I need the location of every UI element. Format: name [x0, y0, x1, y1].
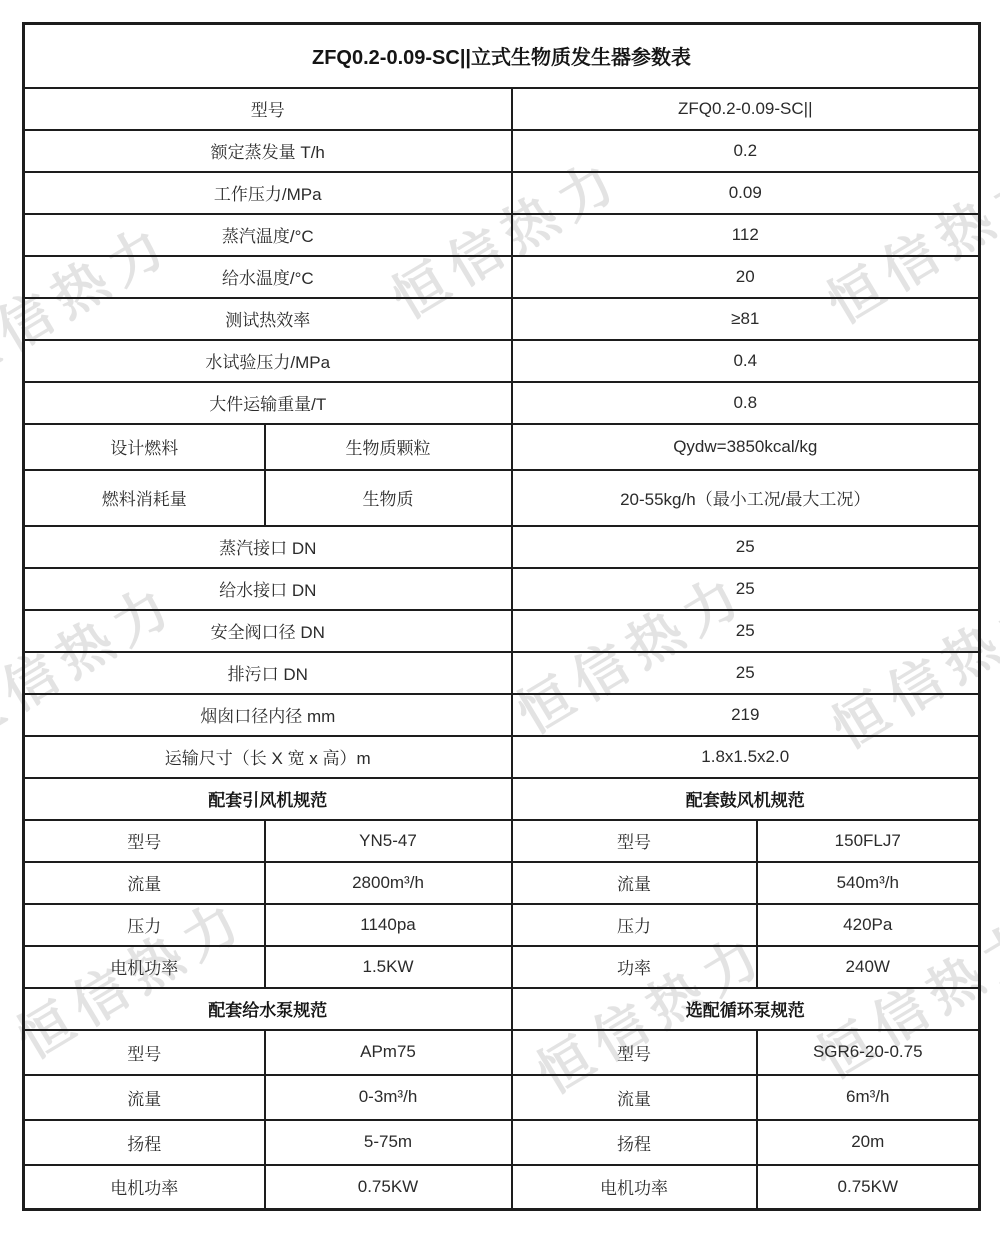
- row-value: 240W: [757, 946, 980, 988]
- row-label: 排污口 DN: [24, 652, 512, 694]
- row-value: ≥81: [512, 298, 980, 340]
- row-value: Qydw=3850kcal/kg: [512, 424, 980, 470]
- row-value: 0.2: [512, 130, 980, 172]
- row-label: 电机功率: [512, 1165, 757, 1210]
- row-value: 219: [512, 694, 980, 736]
- table-row: 烟囱口径内径 mm 219: [24, 694, 980, 736]
- table-row: 扬程 5-75m 扬程 20m: [24, 1120, 980, 1165]
- row-sublabel: 生物质颗粒: [265, 424, 512, 470]
- row-label: 给水温度/°C: [24, 256, 512, 298]
- table-row: 测试热效率 ≥81: [24, 298, 980, 340]
- spec-table: ZFQ0.2-0.09-SC||立式生物质发生器参数表 型号 ZFQ0.2-0.…: [22, 22, 981, 1211]
- row-label: 流量: [24, 862, 265, 904]
- row-sublabel: 生物质: [265, 470, 512, 526]
- row-label: 水试验压力/MPa: [24, 340, 512, 382]
- row-value: 2800m³/h: [265, 862, 512, 904]
- row-label: 安全阀口径 DN: [24, 610, 512, 652]
- table-row: 型号 YN5-47 型号 150FLJ7: [24, 820, 980, 862]
- section-header-fan-left: 配套引风机规范: [24, 778, 512, 820]
- row-value: 25: [512, 526, 980, 568]
- table-row: 压力 1140pa 压力 420Pa: [24, 904, 980, 946]
- row-value: APm75: [265, 1030, 512, 1075]
- row-label: 型号: [24, 820, 265, 862]
- row-label: 流量: [512, 1075, 757, 1120]
- row-value: 0.8: [512, 382, 980, 424]
- row-label: 大件运输重量/T: [24, 382, 512, 424]
- row-label: 扬程: [512, 1120, 757, 1165]
- row-value: 150FLJ7: [757, 820, 980, 862]
- row-label: 蒸汽温度/°C: [24, 214, 512, 256]
- row-label: 型号: [512, 820, 757, 862]
- row-label: 流量: [512, 862, 757, 904]
- row-label: 扬程: [24, 1120, 265, 1165]
- row-label: 电机功率: [24, 1165, 265, 1210]
- table-row: 运输尺寸（长 X 宽 x 高）m 1.8x1.5x2.0: [24, 736, 980, 778]
- row-value: 0.75KW: [757, 1165, 980, 1210]
- row-label: 蒸汽接口 DN: [24, 526, 512, 568]
- document-page: 恒信热力 恒信热力 恒信热力 恒信热力 恒信热力 恒信热力 恒信热力 恒信热力 …: [0, 0, 1000, 1243]
- row-label: 型号: [24, 1030, 265, 1075]
- table-row: 大件运输重量/T 0.8: [24, 382, 980, 424]
- table-row: 流量 2800m³/h 流量 540m³/h: [24, 862, 980, 904]
- row-value: 5-75m: [265, 1120, 512, 1165]
- table-row: 排污口 DN 25: [24, 652, 980, 694]
- row-label: 压力: [24, 904, 265, 946]
- row-label: 功率: [512, 946, 757, 988]
- row-value: 0.09: [512, 172, 980, 214]
- section-header-pump-left: 配套给水泵规范: [24, 988, 512, 1030]
- row-value: 0.4: [512, 340, 980, 382]
- table-row: 给水温度/°C 20: [24, 256, 980, 298]
- row-value: 112: [512, 214, 980, 256]
- row-label: 压力: [512, 904, 757, 946]
- row-label: 烟囱口径内径 mm: [24, 694, 512, 736]
- table-row: 燃料消耗量 生物质 20-55kg/h（最小工况/最大工况）: [24, 470, 980, 526]
- row-label: 型号: [512, 1030, 757, 1075]
- table-row: 额定蒸发量 T/h 0.2: [24, 130, 980, 172]
- row-label: 给水接口 DN: [24, 568, 512, 610]
- row-value: 0.75KW: [265, 1165, 512, 1210]
- table-row: 给水接口 DN 25: [24, 568, 980, 610]
- section-header-pump-right: 选配循环泵规范: [512, 988, 980, 1030]
- row-label: 工作压力/MPa: [24, 172, 512, 214]
- table-row: 流量 0-3m³/h 流量 6m³/h: [24, 1075, 980, 1120]
- row-label: 设计燃料: [24, 424, 265, 470]
- row-value: 0-3m³/h: [265, 1075, 512, 1120]
- row-value: 1140pa: [265, 904, 512, 946]
- row-value: 1.5KW: [265, 946, 512, 988]
- row-value: 25: [512, 610, 980, 652]
- section-header-fan-right: 配套鼓风机规范: [512, 778, 980, 820]
- row-label: 燃料消耗量: [24, 470, 265, 526]
- table-row: 型号 APm75 型号 SGR6-20-0.75: [24, 1030, 980, 1075]
- row-value: 20m: [757, 1120, 980, 1165]
- row-value: 25: [512, 652, 980, 694]
- table-row: 型号 ZFQ0.2-0.09-SC||: [24, 88, 980, 130]
- row-value: YN5-47: [265, 820, 512, 862]
- row-label: 运输尺寸（长 X 宽 x 高）m: [24, 736, 512, 778]
- row-value: 25: [512, 568, 980, 610]
- table-row: 电机功率 0.75KW 电机功率 0.75KW: [24, 1165, 980, 1210]
- row-value: SGR6-20-0.75: [757, 1030, 980, 1075]
- row-value: ZFQ0.2-0.09-SC||: [512, 88, 980, 130]
- row-label: 流量: [24, 1075, 265, 1120]
- row-value: 1.8x1.5x2.0: [512, 736, 980, 778]
- table-row: 设计燃料 生物质颗粒 Qydw=3850kcal/kg: [24, 424, 980, 470]
- row-value: 540m³/h: [757, 862, 980, 904]
- row-label: 测试热效率: [24, 298, 512, 340]
- row-value: 6m³/h: [757, 1075, 980, 1120]
- row-value: 20-55kg/h（最小工况/最大工况）: [512, 470, 980, 526]
- table-row: 电机功率 1.5KW 功率 240W: [24, 946, 980, 988]
- table-row: 安全阀口径 DN 25: [24, 610, 980, 652]
- page-title: ZFQ0.2-0.09-SC||立式生物质发生器参数表: [24, 24, 980, 88]
- row-label: 额定蒸发量 T/h: [24, 130, 512, 172]
- row-value: 420Pa: [757, 904, 980, 946]
- title-row: ZFQ0.2-0.09-SC||立式生物质发生器参数表: [24, 24, 980, 88]
- table-row: 工作压力/MPa 0.09: [24, 172, 980, 214]
- row-value: 20: [512, 256, 980, 298]
- row-label: 电机功率: [24, 946, 265, 988]
- table-row: 蒸汽接口 DN 25: [24, 526, 980, 568]
- table-row: 水试验压力/MPa 0.4: [24, 340, 980, 382]
- section-header-row: 配套引风机规范 配套鼓风机规范: [24, 778, 980, 820]
- table-row: 蒸汽温度/°C 112: [24, 214, 980, 256]
- row-label: 型号: [24, 88, 512, 130]
- section-header-row: 配套给水泵规范 选配循环泵规范: [24, 988, 980, 1030]
